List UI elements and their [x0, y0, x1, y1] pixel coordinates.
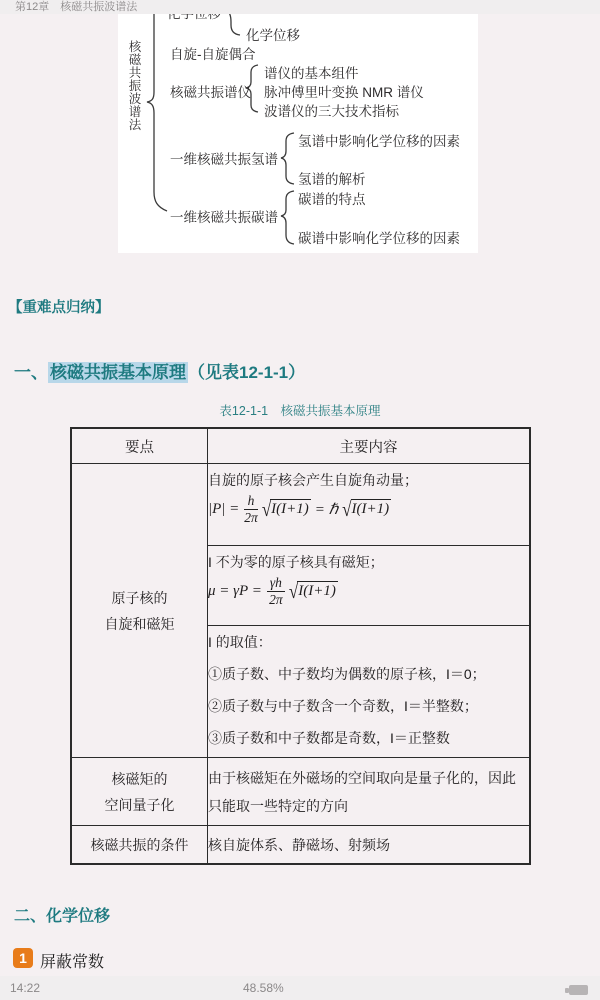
brace-h-spectrum: [281, 133, 294, 184]
mindmap-branch-spin-coupling: 自旋-自旋偶合: [170, 47, 256, 62]
header-cell-content: 主要内容: [208, 428, 531, 464]
ivalue-line: ③质子数和中子数都是奇数，I＝正整数: [208, 722, 529, 754]
table-row-momentum: 原子核的 自旋和磁矩 自旋的原子核会产生自旋角动量； |P| = h 2π √I…: [71, 464, 530, 546]
mindmap-leaf-chemical-shift: 化学位移: [246, 28, 300, 43]
section1-highlighted-text[interactable]: 核磁共振基本原理: [48, 362, 188, 383]
moment-text: I 不为零的原子核具有磁矩；: [208, 546, 529, 572]
subsection-number-badge: 1: [13, 948, 33, 968]
cell-ivalues-content: I 的取值： ①质子数、中子数均为偶数的原子核，I＝0； ②质子数与中子数含一个…: [208, 626, 531, 758]
mindmap-leaf-c-spectrum-1: 碳谱的特点: [298, 192, 366, 207]
mindmap-leaf-spectrometer-2: 脉冲傅里叶变换 NMR 谱仪: [264, 85, 424, 100]
nmr-principles-table: 要点 主要内容 原子核的 自旋和磁矩 自旋的原子核会产生自旋角动量； |P| =…: [70, 427, 531, 865]
sqrt-term: √I(I+1): [342, 499, 391, 520]
reader-page[interactable]: 第12章 核磁共振波谱法 核磁共振波谱法 化学位移 化学位移 自旋-自旋偶合 谱…: [0, 0, 600, 1000]
mindmap-leaf-c-spectrum-2: 碳谱中影响化学位移的因素: [298, 231, 460, 246]
momentum-text: 自旋的原子核会产生自旋角动量；: [208, 464, 529, 490]
table-row-condition: 核磁共振的条件 核自旋体系、静磁场、射频场: [71, 826, 530, 865]
brace-c-spectrum: [281, 191, 294, 244]
chapter-title: 第12章 核磁共振波谱法: [15, 0, 137, 15]
mindmap-root-label: 核磁共振波谱法: [126, 40, 141, 131]
mindmap-figure: 核磁共振波谱法 化学位移 化学位移 自旋-自旋偶合 谱仪的基本组件 核磁共振谱仪…: [118, 14, 478, 253]
header-cell-keypoint: 要点: [71, 428, 208, 464]
mindmap-branch-h-spectrum: 一维核磁共振氢谱: [170, 152, 278, 167]
brace-root: [147, 14, 167, 211]
cell-quantization-label: 核磁矩的 空间量子化: [71, 758, 208, 826]
mindmap-leaf-h-spectrum-2: 氢谱的解析: [298, 172, 366, 187]
fraction: γh 2π: [267, 575, 285, 607]
section2-heading: 二、化学位移: [14, 903, 110, 926]
ivalue-line: ①质子数、中子数均为偶数的原子核，I＝0；: [208, 658, 529, 690]
cell-momentum-content: 自旋的原子核会产生自旋角动量； |P| = h 2π √I(I+1) = ℏ √…: [208, 464, 531, 546]
top-bar: 第12章 核磁共振波谱法: [0, 0, 600, 14]
ivalue-line: ②质子数与中子数含一个奇数，I＝半整数；: [208, 690, 529, 722]
moment-formula: μ = γP = γh 2π √I(I+1): [208, 575, 529, 607]
bottom-bar: 14:22 48.58%: [0, 976, 600, 1000]
fraction: h 2π: [244, 493, 258, 525]
section1-prefix: 一、: [14, 363, 48, 382]
cell-moment-content: I 不为零的原子核具有磁矩； μ = γP = γh 2π √I(I+1): [208, 546, 531, 626]
ivalue-line: I 的取值：: [208, 626, 529, 658]
table-header-row: 要点 主要内容: [71, 428, 530, 464]
cell-condition-content: 核自旋体系、静磁场、射频场: [208, 826, 531, 865]
key-points-header: 【重难点归纳】: [8, 296, 110, 317]
sqrt-term: √I(I+1): [289, 581, 338, 602]
mindmap-branch-chemical-shift-clipped: 化学位移: [167, 14, 221, 21]
cell-spin-magnetic-moment-label: 原子核的 自旋和磁矩: [71, 464, 208, 758]
connector-chemical-shift: [226, 14, 240, 35]
sqrt-term: √I(I+1): [262, 499, 311, 520]
table-caption: 表12-1-1 核磁共振基本原理: [0, 401, 600, 419]
mindmap-leaf-h-spectrum-1: 氢谱中影响化学位移的因素: [298, 134, 460, 149]
reading-progress: 48.58%: [243, 981, 284, 995]
section1-heading: 一、核磁共振基本原理（见表12-1-1）: [14, 358, 305, 383]
table-row-quantization: 核磁矩的 空间量子化 由于核磁矩在外磁场的空间取向是量子化的，因此只能取一些特定…: [71, 758, 530, 826]
cell-quantization-content: 由于核磁矩在外磁场的空间取向是量子化的，因此只能取一些特定的方向: [208, 758, 531, 826]
cell-condition-label: 核磁共振的条件: [71, 826, 208, 865]
battery-icon: [565, 985, 588, 995]
mindmap-branch-c-spectrum: 一维核磁共振碳谱: [170, 210, 278, 225]
subsection-title: 屏蔽常数: [40, 949, 104, 972]
momentum-formula: |P| = h 2π √I(I+1) = ℏ √I(I+1): [208, 493, 529, 525]
mindmap-leaf-spectrometer-3: 波谱仪的三大技术指标: [264, 104, 399, 119]
mindmap-branch-spectrometer: 核磁共振谱仪: [170, 85, 251, 100]
clock: 14:22: [10, 981, 40, 995]
mindmap-leaf-spectrometer-1: 谱仪的基本组件: [264, 66, 359, 81]
section1-suffix: （见表12-1-1）: [188, 363, 305, 382]
